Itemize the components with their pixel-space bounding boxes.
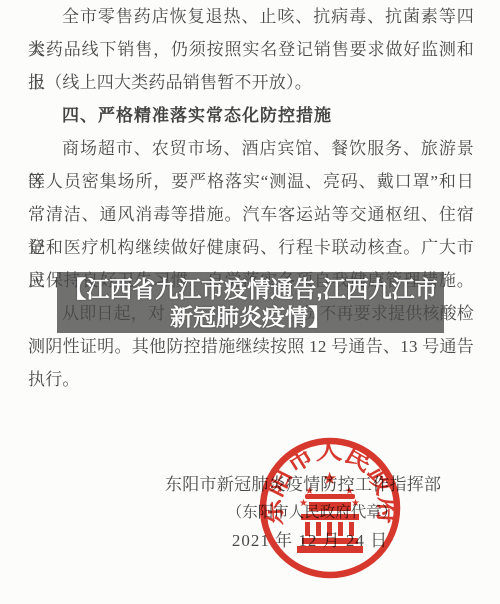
gate-column xyxy=(316,522,321,536)
gate-column xyxy=(338,522,343,536)
gate-column xyxy=(305,522,310,536)
caption-line-1: 【江西省九江市疫情通告,江西九江市 xyxy=(63,275,437,303)
caption-line-2: 新冠肺炎疫情】 xyxy=(170,303,331,331)
small-star-icon: ★ xyxy=(351,498,360,509)
body-line: 商场超市、农贸市场、酒店宾馆、餐饮服务、旅游景区 xyxy=(28,132,474,165)
government-seal-icon: 东阳市人民政府 ★ ★ ★ ★ ★ xyxy=(255,432,405,584)
section-heading: 四、严格精准落实常态化防控措施 xyxy=(28,99,474,132)
seal-emblem: ★ ★ ★ ★ ★ xyxy=(297,469,363,553)
small-star-icon: ★ xyxy=(299,498,308,509)
highlight-caption-banner: 【江西省九江市疫情通告,江西九江市 新冠肺炎疫情】 xyxy=(57,272,444,333)
body-line: 等人员密集场所，要严格落实“测温、亮码、戴口罩”和日 xyxy=(28,165,474,198)
gate-base xyxy=(302,538,358,544)
scanned-notice-document: 全市零售药店恢复退热、止咳、抗病毒、抗菌素等四大类药品线下销售，仍须按照实名登记… xyxy=(0,0,500,604)
body-line: 测阴性证明。其他防控措施继续按照 12 号通告、13 号通告 xyxy=(28,330,474,363)
gate-mid-bar xyxy=(301,514,359,520)
body-line: 类药品线下销售，仍须按照实名登记销售要求做好监测和上 xyxy=(28,33,474,66)
big-star-icon: ★ xyxy=(322,469,337,488)
gate-upper-deck xyxy=(309,502,351,511)
gate-foundation xyxy=(297,546,363,553)
gate-column xyxy=(349,522,354,536)
body-line: 报（线上四大类药品销售暂不开放）。 xyxy=(28,66,474,99)
body-line: 常清洁、通风消毒等措施。汽车客运站等交通枢纽、住宿登 xyxy=(28,198,474,231)
gate-column xyxy=(327,522,332,536)
body-line: 执行。 xyxy=(28,363,474,396)
body-line: 全市零售药店恢复退热、止咳、抗病毒、抗菌素等四大 xyxy=(28,0,474,33)
body-paragraphs: 全市零售药店恢复退热、止咳、抗病毒、抗菌素等四大类药品线下销售，仍须按照实名登记… xyxy=(28,0,474,396)
gate-roof xyxy=(305,494,355,499)
body-line: 记和医疗机构继续做好健康码、行程卡联动核查。广大市民 xyxy=(28,231,474,264)
